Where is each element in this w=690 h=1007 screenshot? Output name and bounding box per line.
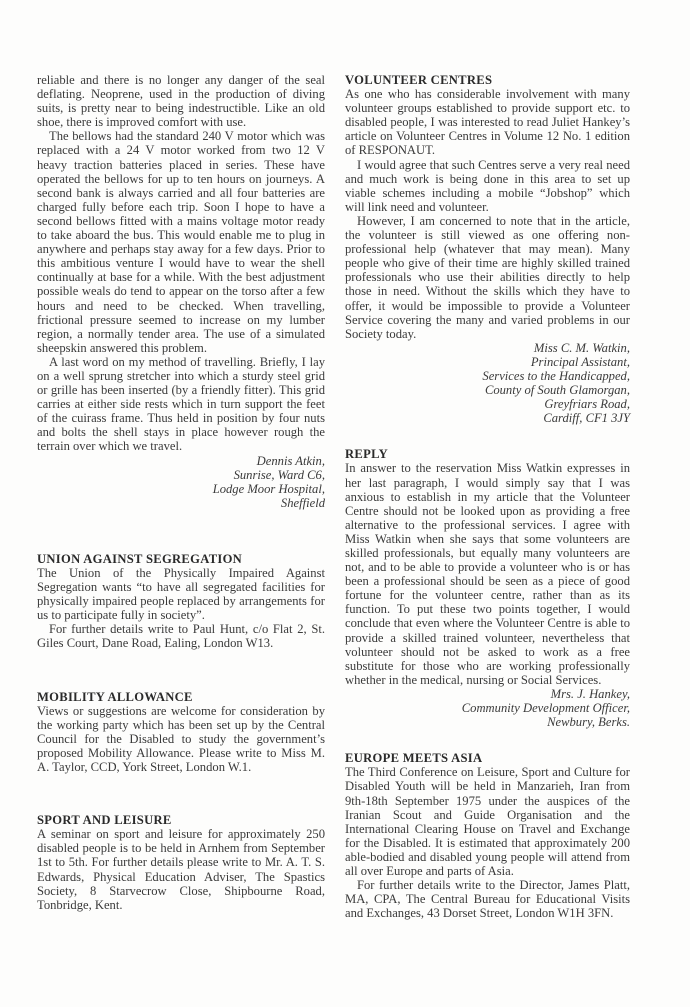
article-sport-and-leisure: SPORT AND LEISURE A seminar on sport and…	[37, 813, 325, 912]
article-europe-meets-asia: EUROPE MEETS ASIA The Third Conference o…	[345, 751, 630, 920]
section-heading: REPLY	[345, 447, 630, 461]
article-reply: REPLY In answer to the reservation Miss …	[345, 447, 630, 729]
section-heading: UNION AGAINST SEGREGATION	[37, 552, 325, 566]
paragraph: I would agree that such Centres serve a …	[345, 158, 630, 214]
paragraph: reliable and there is no longer any dang…	[37, 73, 325, 129]
paragraph: A seminar on sport and leisure for appro…	[37, 827, 325, 912]
signature-line: Greyfriars Road,	[345, 397, 630, 411]
signature-line: Community Development Officer,	[345, 701, 630, 715]
signature-line: Sheffield	[37, 496, 325, 510]
signature-line: Mrs. J. Hankey,	[345, 687, 630, 701]
paragraph: The Third Conference on Leisure, Sport a…	[345, 765, 630, 878]
section-heading: MOBILITY ALLOWANCE	[37, 690, 325, 704]
signature-block: Miss C. M. Watkin, Principal Assistant, …	[345, 341, 630, 426]
article-union-against-segregation: UNION AGAINST SEGREGATION The Union of t…	[37, 552, 325, 651]
paragraph: Views or suggestions are welcome for con…	[37, 704, 325, 774]
signature-line: Sunrise, Ward C6,	[37, 468, 325, 482]
signature-line: Dennis Atkin,	[37, 454, 325, 468]
signature-line: County of South Glamorgan,	[345, 383, 630, 397]
signature-line: Principal Assistant,	[345, 355, 630, 369]
section-heading: EUROPE MEETS ASIA	[345, 751, 630, 765]
paragraph: As one who has considerable involvement …	[345, 87, 630, 157]
paragraph: For further details write to Paul Hunt, …	[37, 622, 325, 650]
article-continuation: reliable and there is no longer any dang…	[37, 73, 325, 510]
signature-line: Services to the Handicapped,	[345, 369, 630, 383]
section-heading: SPORT AND LEISURE	[37, 813, 325, 827]
paragraph: However, I am concerned to note that in …	[345, 214, 630, 341]
article-mobility-allowance: MOBILITY ALLOWANCE Views or suggestions …	[37, 690, 325, 775]
paragraph: In answer to the reservation Miss Watkin…	[345, 461, 630, 687]
signature-line: Cardiff, CF1 3JY	[345, 411, 630, 425]
right-column: VOLUNTEER CENTRES As one who has conside…	[345, 73, 630, 920]
paragraph: For further details write to the Directo…	[345, 878, 630, 920]
left-column: reliable and there is no longer any dang…	[37, 73, 325, 912]
paragraph: The bellows had the standard 240 V motor…	[37, 129, 325, 355]
section-heading: VOLUNTEER CENTRES	[345, 73, 630, 87]
signature-block: Dennis Atkin, Sunrise, Ward C6, Lodge Mo…	[37, 454, 325, 510]
signature-line: Lodge Moor Hospital,	[37, 482, 325, 496]
signature-line: Miss C. M. Watkin,	[345, 341, 630, 355]
paragraph: A last word on my method of travelling. …	[37, 355, 325, 454]
signature-block: Mrs. J. Hankey, Community Development Of…	[345, 687, 630, 729]
signature-line: Newbury, Berks.	[345, 715, 630, 729]
paragraph: The Union of the Physically Impaired Aga…	[37, 566, 325, 622]
article-volunteer-centres: VOLUNTEER CENTRES As one who has conside…	[345, 73, 630, 425]
